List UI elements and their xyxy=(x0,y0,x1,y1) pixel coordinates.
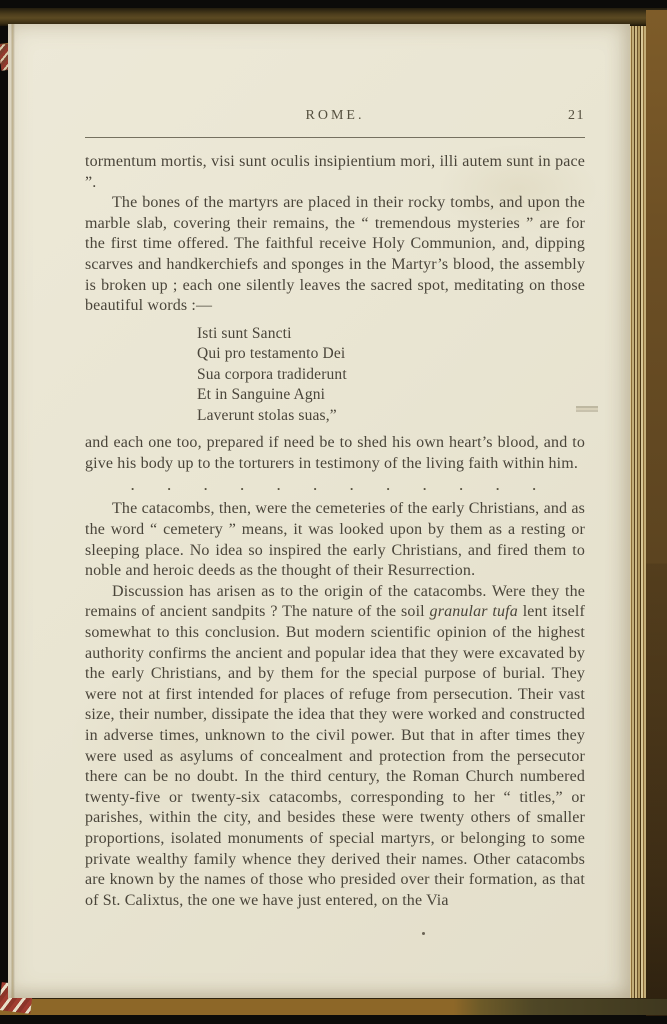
page-number: 21 xyxy=(568,106,585,127)
header-rule xyxy=(85,137,585,138)
paragraph-origin-rest: lent itself somewhat to this conclusion.… xyxy=(85,603,585,908)
paragraph-origin-discussion: Discussion has arisen as to the origin o… xyxy=(85,582,585,912)
book-page: ROME. 21 tormentum mortis, visi sunt ocu… xyxy=(8,24,630,998)
stacked-page-edges-right xyxy=(629,26,646,998)
verse-line: Isti sunt Sancti xyxy=(197,324,585,345)
book-cover-right-edge xyxy=(646,10,667,1016)
running-title: ROME. xyxy=(85,106,585,127)
verse-line: Et in Sanguine Agni xyxy=(197,385,585,406)
page-content: ROME. 21 tormentum mortis, visi sunt ocu… xyxy=(8,24,630,998)
book-cover-bottom-edge xyxy=(0,998,667,1015)
page-header: ROME. 21 xyxy=(85,106,585,124)
paragraph-each-one-prepared: and each one too, prepared if need be to… xyxy=(85,433,585,474)
section-break-dots: . . . . . . . . . . . . xyxy=(85,475,585,497)
paragraph-latin-continuation: tormentum mortis, visi sunt oculis insip… xyxy=(85,152,585,193)
italic-granular-tufa: granular tufa xyxy=(430,603,518,620)
latin-verse-block: Isti sunt Sancti Qui pro testamento Dei … xyxy=(197,324,585,427)
paragraph-bones-of-martyrs: The bones of the martyrs are placed in t… xyxy=(85,193,585,317)
paragraph-catacombs-cemeteries: The catacombs, then, were the cemeteries… xyxy=(85,499,585,581)
verse-line: Sua corpora tradiderunt xyxy=(197,365,585,386)
photographed-book-scene: ROME. 21 tormentum mortis, visi sunt ocu… xyxy=(0,0,667,1024)
verse-line: Qui pro testamento Dei xyxy=(197,344,585,365)
verse-line: Laverunt stolas suas,” xyxy=(197,406,585,427)
